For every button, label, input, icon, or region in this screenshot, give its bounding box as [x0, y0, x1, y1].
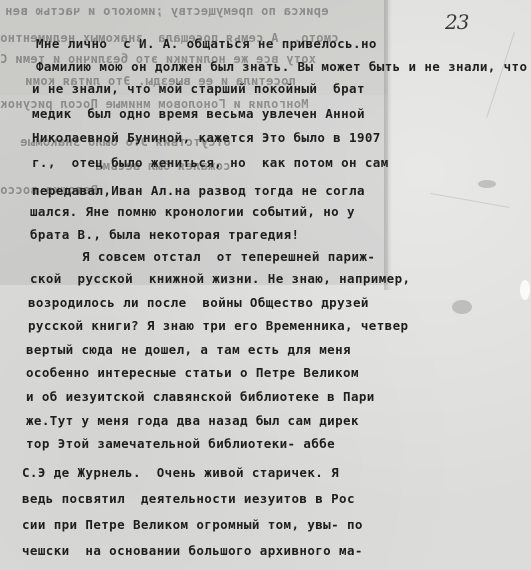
text-line: чешски на основании большого архивного м…: [22, 543, 363, 558]
paper-crease: [431, 193, 510, 208]
overlay-sheet-edge: [384, 0, 392, 290]
paper-speck: [520, 280, 530, 300]
text-line: Николаевной Буниной, кажется Это было в …: [32, 130, 381, 145]
text-line: медик был одно время весьма увлечен Анно…: [32, 106, 365, 121]
text-line: Я совсем отстал от теперешней париж-: [82, 249, 375, 264]
document-page: 23 ерикса по премуществу ;имокого и част…: [0, 0, 531, 570]
text-line: Фамилию мою он должен был знать. Вы може…: [36, 59, 527, 74]
text-line: особенно интересные статьи о Петре Велик…: [26, 365, 359, 380]
text-line: передавал,Иван Ал.на развод тогда не сог…: [32, 183, 365, 198]
page-number: 23: [445, 10, 468, 34]
text-line: возродилось ли после войны Общество друз…: [28, 295, 369, 310]
text-line: русской книги? Я знаю три его Временника…: [28, 318, 408, 333]
text-line: С.Э де Журнель. Очень живой старичек. Я: [22, 465, 339, 480]
paper-crease: [486, 32, 515, 118]
text-line: вертый сюда не дошел, а там есть для мен…: [26, 342, 351, 357]
text-line: шался. Яне помню кронологии событий, но …: [30, 204, 355, 219]
paper-speck: [452, 300, 472, 314]
text-line: тор Этой замечательной библиотеки- аббе: [26, 436, 335, 451]
text-line: сии при Петре Великом огромный том, увы-…: [22, 517, 363, 532]
paper-speck: [478, 180, 496, 188]
text-line: брата В., была некоторая трагедия!: [30, 227, 299, 242]
text-line: г., отец было жениться, но как потом он …: [32, 155, 389, 170]
text-line: ведь посвятил деятельности иезуитов в Ро…: [22, 491, 355, 506]
text-line: ской русской книжной жизни. Не знаю, нап…: [30, 271, 410, 286]
text-line: и об иезуитской славянской библиотеке в …: [26, 389, 375, 404]
bleed-through-line: ерикса по премуществу ;имокого и частью …: [5, 4, 329, 18]
text-line: и не знали, что мой старший покойный бра…: [32, 81, 365, 96]
text-line: Мне лично с И. А. общаться не привелось.…: [36, 36, 377, 51]
text-line: же.Тут у меня года два назад был сам дир…: [26, 413, 359, 428]
